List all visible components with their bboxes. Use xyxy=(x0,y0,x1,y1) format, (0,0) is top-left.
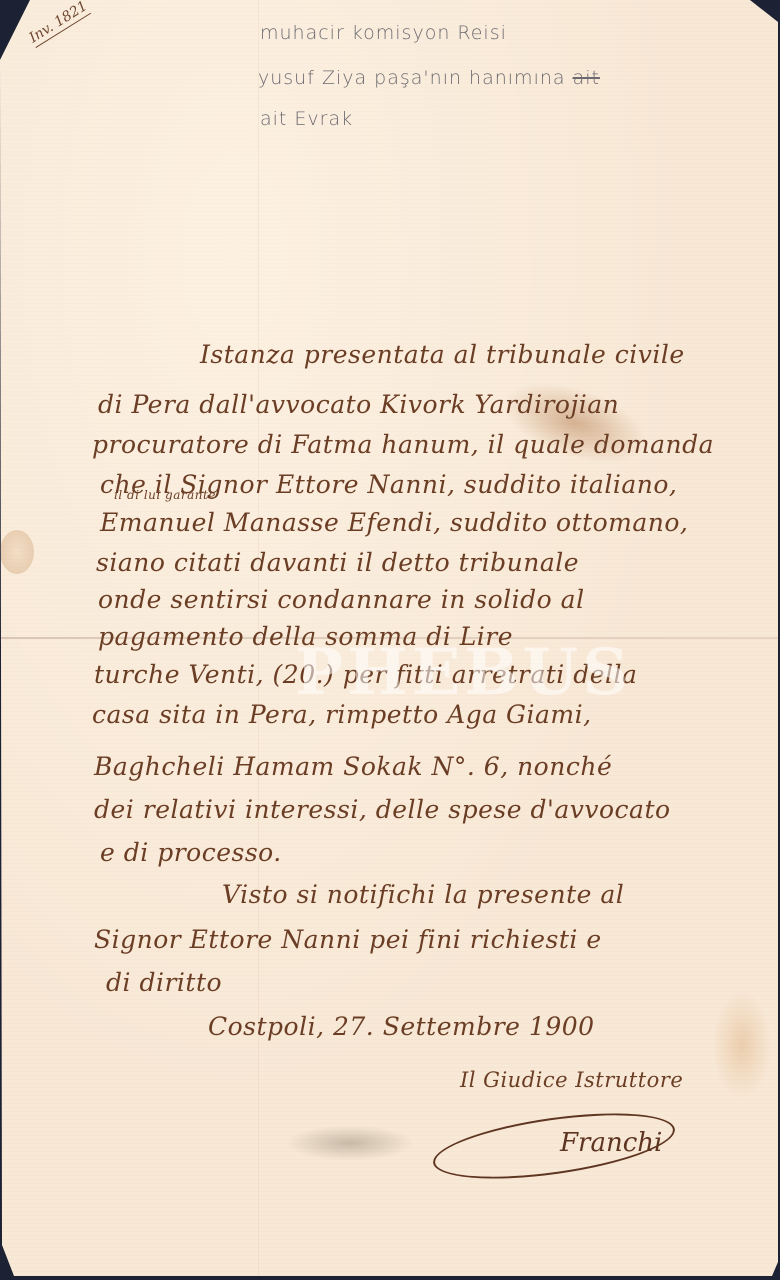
body-line: procuratore di Fatma hanum, il quale dom… xyxy=(92,430,714,459)
document-page: Inv. 1821 muhacir komisyon Reisi yusuf Z… xyxy=(0,0,778,1276)
interlinear-insert: il di lui garante xyxy=(114,488,216,502)
closing-line: di diritto xyxy=(106,968,222,997)
inventory-number: Inv. 1821 xyxy=(26,0,91,48)
closing-line: Visto si notifichi la presente al xyxy=(222,880,624,909)
water-stain-left xyxy=(0,530,34,574)
body-line: dei relativi interessi, delle spese d'av… xyxy=(94,795,671,824)
body-line: Baghcheli Hamam Sokak N°. 6, nonché xyxy=(94,752,612,781)
pencil-note-struck-word: ait xyxy=(573,67,600,89)
signatory-title: Il Giudice Istruttore xyxy=(460,1068,683,1092)
pencil-note-line3: ait Evrak xyxy=(260,108,353,130)
pencil-note-line1: muhacir komisyon Reisi xyxy=(260,22,507,44)
body-line: onde sentirsi condannare in solido al xyxy=(98,585,585,614)
ink-stain xyxy=(493,367,657,480)
pencil-note-line2-text: yusuf Ziya paşa'nın hanımına xyxy=(258,67,566,89)
pencil-note-line2: yusuf Ziya paşa'nın hanımına ait xyxy=(258,67,600,89)
watermark: PHEBUS xyxy=(295,635,633,710)
body-line: e di processo. xyxy=(100,838,282,867)
signature: Franchi xyxy=(560,1128,662,1158)
body-line: Istanza presentata al tribunale civile xyxy=(200,340,685,369)
smudge-mark xyxy=(285,1125,415,1161)
closing-line: Signor Ettore Nanni pei fini richiesti e xyxy=(94,925,602,954)
body-line: siano citati davanti il detto tribunale xyxy=(96,548,579,577)
body-line: Emanuel Manasse Efendi, suddito ottomano… xyxy=(100,508,688,537)
water-stain-right xyxy=(712,990,772,1100)
date-line: Costpoli, 27. Settembre 1900 xyxy=(208,1012,595,1041)
body-line: di Pera dall'avvocato Kivork Yardirojian xyxy=(98,390,619,419)
